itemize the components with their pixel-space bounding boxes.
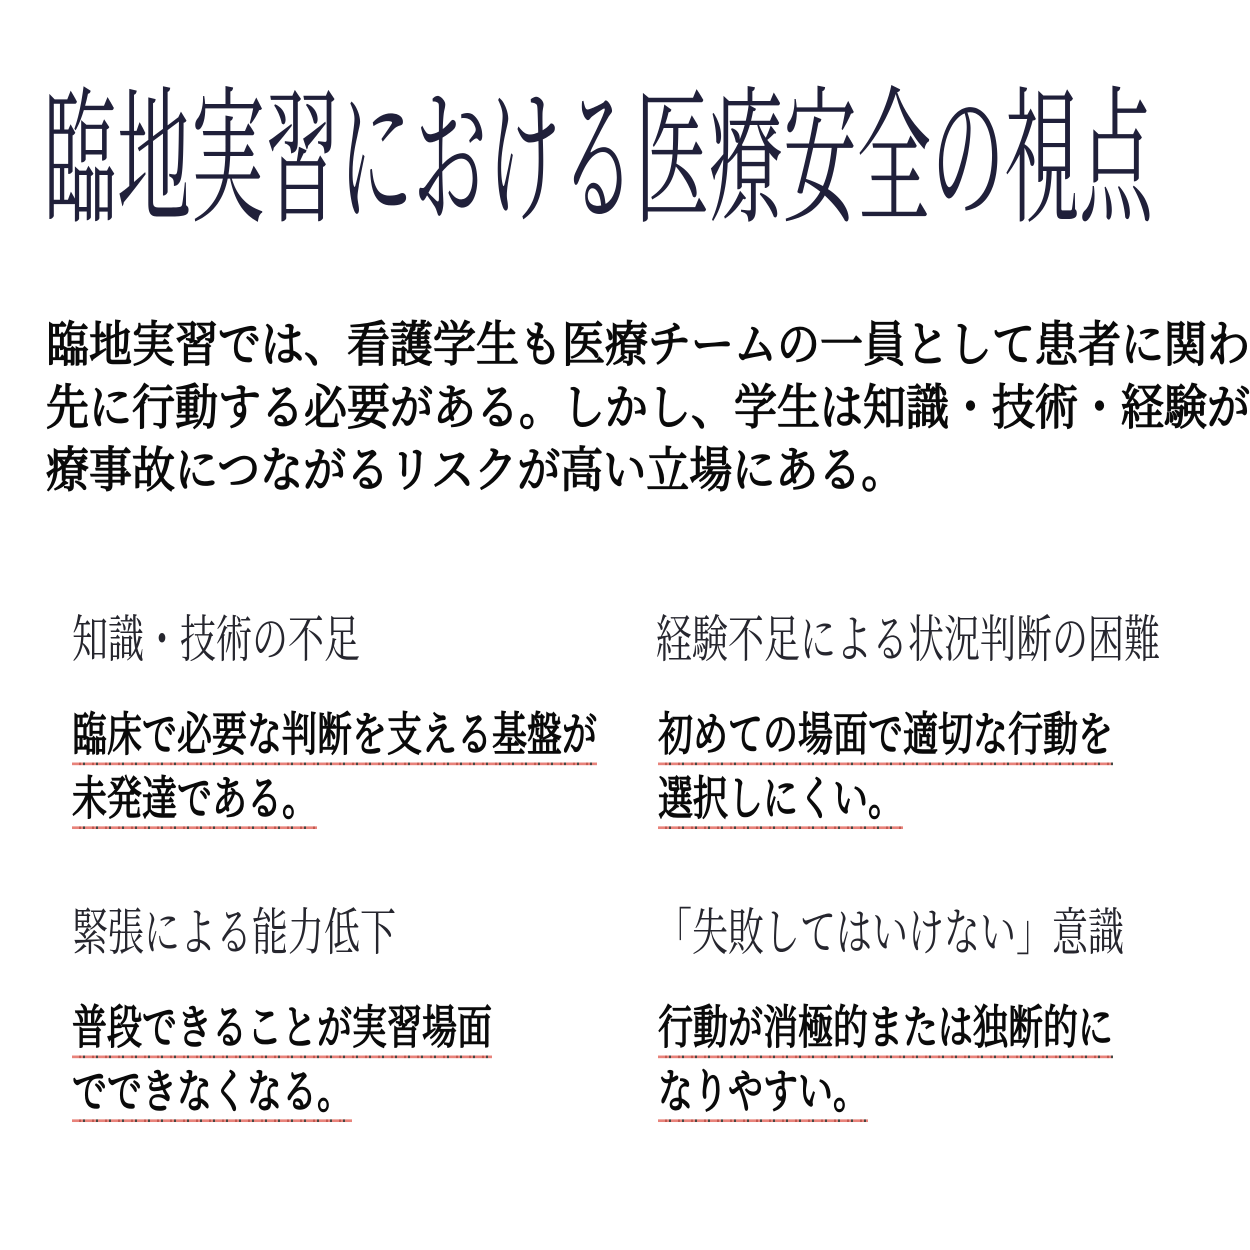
section-body-line: 普段できることが実習場面 <box>72 1002 492 1058</box>
intro-line: 療事故につながるリスクが高い立場にある。 <box>46 444 904 498</box>
section-body-line: 選択しにくい。 <box>658 773 903 829</box>
section-body-fear-of-failure-mindset: 行動が消極的または独断的になりやすい。 <box>658 997 1113 1125</box>
section-body-tension-performance-drop: 普段できることが実習場面でできなくなる。 <box>72 997 492 1125</box>
intro-line: 臨地実習では、看護学生も医療チームの一員として患者に関わるため、安全を最優 <box>46 318 1250 372</box>
section-heading-inexperience-judgment: 経験不足による状況判断の困難 <box>656 610 1160 670</box>
section-body-line: 未発達である。 <box>72 773 317 829</box>
intro-paragraph: 臨地実習では、看護学生も医療チームの一員として患者に関わるため、安全を最優先に行… <box>46 314 1250 502</box>
section-body-knowledge-skill-lack: 臨床で必要な判断を支える基盤が未発達である。 <box>72 704 597 832</box>
slide: 臨地実習における医療安全の視点 臨地実習では、看護学生も医療チームの一員として患… <box>0 0 1250 1250</box>
intro-line: 先に行動する必要がある。しかし、学生は知識・技術・経験が十分でないため、医 <box>46 381 1250 435</box>
section-body-line: 臨床で必要な判断を支える基盤が <box>72 709 597 765</box>
section-body-line: でできなくなる。 <box>72 1066 352 1122</box>
section-body-line: 初めての場面で適切な行動を <box>658 709 1113 765</box>
section-heading-tension-performance-drop: 緊張による能力低下 <box>72 903 396 963</box>
section-body-line: なりやすい。 <box>658 1066 868 1122</box>
page-title: 臨地実習における医療安全の視点 <box>43 88 1153 236</box>
section-heading-fear-of-failure-mindset: 「失敗してはいけない」意識 <box>656 903 1124 963</box>
section-heading-knowledge-skill-lack: 知識・技術の不足 <box>72 610 360 670</box>
section-body-inexperience-judgment: 初めての場面で適切な行動を選択しにくい。 <box>658 704 1113 832</box>
section-body-line: 行動が消極的または独断的に <box>658 1002 1113 1058</box>
